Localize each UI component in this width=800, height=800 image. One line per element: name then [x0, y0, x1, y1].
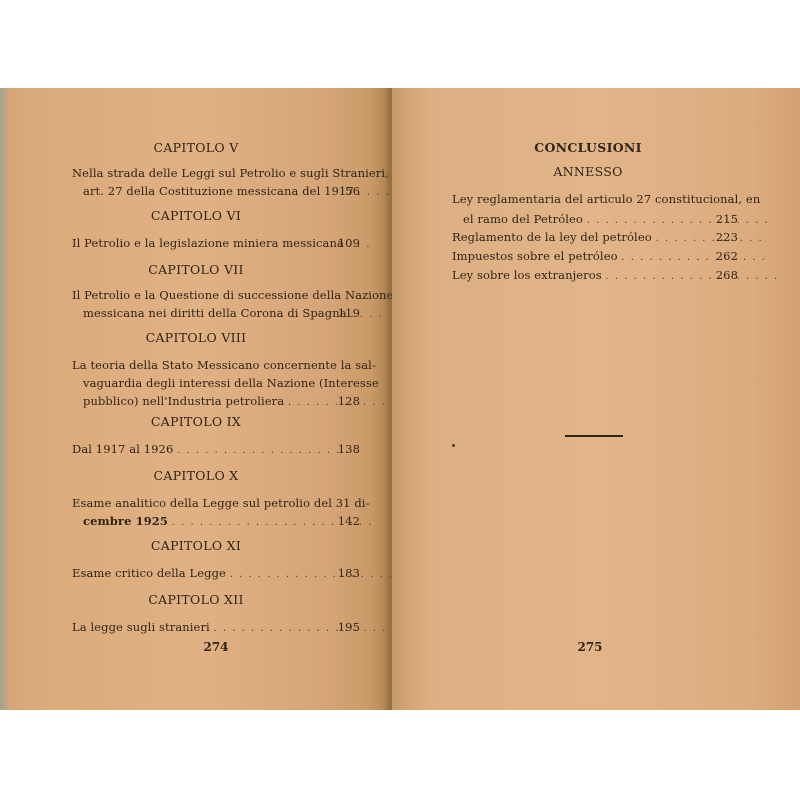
- entry-line: Esame critico della Legge . . . . . . . …: [72, 564, 360, 584]
- page-number: 183: [338, 564, 360, 582]
- entry-line: pubblico) nell'Industria petroliera . . …: [72, 392, 360, 412]
- entry-line: Il Petrolio e la legislazione miniera me…: [72, 234, 360, 254]
- chapter-heading: CAPITOLO VII: [0, 262, 392, 277]
- page-number: 268: [716, 266, 738, 284]
- entry-text: La legge sugli stranieri: [72, 620, 210, 634]
- entry-text: Il Petrolio e la legislazione miniera me…: [72, 236, 344, 250]
- toc-entry: Impuestos sobre el petróleo . . . . . . …: [452, 247, 738, 267]
- entry-line: messicana nei diritti della Corona di Sp…: [72, 304, 360, 324]
- entry-text: Impuestos sobre el petróleo: [452, 249, 618, 263]
- page-number: 56: [345, 182, 360, 200]
- page-number: 138: [338, 440, 360, 458]
- entry-text: Reglamento de la ley del petróleo: [452, 230, 652, 244]
- entry-line: Dal 1917 al 1926 . . . . . . . . . . . .…: [72, 440, 360, 460]
- left-page: CAPITOLO V Nella strada delle Leggi sul …: [0, 88, 392, 710]
- entry-text: pubblico) nell'Industria petroliera: [83, 394, 284, 408]
- dot-leader: . . . . . . . . . . . . . . . . . . . .: [177, 445, 359, 456]
- book-spread: CAPITOLO V Nella strada delle Leggi sul …: [0, 88, 800, 710]
- toc-entry: Il Petrolio e la Questione di succession…: [72, 286, 360, 324]
- page-number: 215: [716, 210, 738, 228]
- chapter-heading: CAPITOLO VIII: [0, 330, 392, 345]
- entry-line: el ramo del Petróleo . . . . . . . . . .…: [452, 210, 738, 230]
- page-folio: 275: [386, 640, 794, 654]
- page-number: 195: [338, 618, 360, 636]
- page-number: 109: [338, 234, 360, 252]
- entry-line: La legge sugli stranieri . . . . . . . .…: [72, 618, 360, 638]
- entry-text: Il Petrolio e la Questione di succession…: [72, 286, 360, 304]
- toc-entry: Esame analitico della Legge sul petrolio…: [72, 494, 360, 532]
- entry-line: art. 27 della Costituzione messicana del…: [72, 182, 360, 202]
- page-folio: 274: [20, 640, 412, 654]
- toc-entry: Ley reglamentaria del articulo 27 consti…: [452, 190, 738, 230]
- toc-entry: La legge sugli stranieri . . . . . . . .…: [72, 618, 360, 638]
- dot-leader: . . . . . . . . . . . . . . . . . .: [230, 569, 394, 580]
- page-number: 223: [716, 228, 738, 246]
- entry-line: cembre 1925 . . . . . . . . . . . . . . …: [72, 512, 360, 532]
- toc-entry: Ley sobre los extranjeros . . . . . . . …: [452, 266, 738, 286]
- dot-leader: . . . . . . . . . . . . . . . . . . . .: [214, 623, 396, 634]
- entry-text: vaguardia degli interessi della Nazione …: [72, 374, 360, 392]
- chapter-heading: CAPITOLO IX: [0, 414, 392, 429]
- entry-line: Ley sobre los extranjeros . . . . . . . …: [452, 266, 738, 286]
- entry-text: Nella strada delle Leggi sul Petrolio e …: [72, 164, 360, 182]
- entry-text: La teoria della Stato Messicano concerne…: [72, 356, 360, 374]
- toc-entry: Il Petrolio e la legislazione miniera me…: [72, 234, 360, 254]
- toc-entry: Nella strada delle Leggi sul Petrolio e …: [72, 164, 360, 202]
- dot-leader: . . . . . . . . . . . . . . . . . . .: [606, 271, 779, 282]
- dot-leader: . . . . . . . . . . . . . . . .: [621, 252, 766, 263]
- chapter-heading: CAPITOLO X: [0, 468, 392, 483]
- section-divider-rule: [565, 435, 623, 437]
- chapter-heading: CAPITOLO VI: [0, 208, 392, 223]
- right-page: CONCLUSIONI ANNESSO Ley reglamentaria de…: [392, 88, 800, 710]
- entry-text: el ramo del Petróleo: [463, 212, 583, 226]
- entry-text: messicana nei diritti della Corona di Sp…: [83, 306, 347, 320]
- chapter-heading: CAPITOLO XI: [0, 538, 392, 553]
- entry-text: cembre 1925: [83, 514, 168, 528]
- page-number: 119: [338, 304, 360, 322]
- paper-speck: [452, 444, 455, 447]
- entry-text: Ley reglamentaria del articulo 27 consti…: [452, 190, 738, 208]
- section-subheading: ANNESSO: [384, 164, 792, 179]
- toc-entry: Dal 1917 al 1926 . . . . . . . . . . . .…: [72, 440, 360, 460]
- page-number: 262: [716, 247, 738, 265]
- toc-entry: Esame critico della Legge . . . . . . . …: [72, 564, 360, 584]
- entry-text: Ley sobre los extranjeros: [452, 268, 602, 282]
- page-number: 128: [338, 392, 360, 410]
- entry-line: Impuestos sobre el petróleo . . . . . . …: [452, 247, 738, 267]
- toc-entry: La teoria della Stato Messicano concerne…: [72, 356, 360, 412]
- chapter-heading: CAPITOLO XII: [0, 592, 392, 607]
- section-heading: CONCLUSIONI: [384, 140, 792, 155]
- toc-entry: Reglamento de la ley del petróleo . . . …: [452, 228, 738, 248]
- entry-text: Esame critico della Legge: [72, 566, 226, 580]
- dot-leader: . . . . . . . . . . . .: [656, 233, 764, 244]
- dot-leader: . . . . . . . . . . . . . . . . . . . .: [587, 215, 769, 226]
- entry-text: Esame analitico della Legge sul petrolio…: [72, 494, 360, 512]
- entry-text: art. 27 della Costituzione messicana del…: [83, 184, 354, 198]
- entry-text: Dal 1917 al 1926: [72, 442, 173, 456]
- entry-line: Reglamento de la ley del petróleo . . . …: [452, 228, 738, 248]
- page-number: 142: [338, 512, 360, 530]
- chapter-heading: CAPITOLO V: [0, 140, 392, 155]
